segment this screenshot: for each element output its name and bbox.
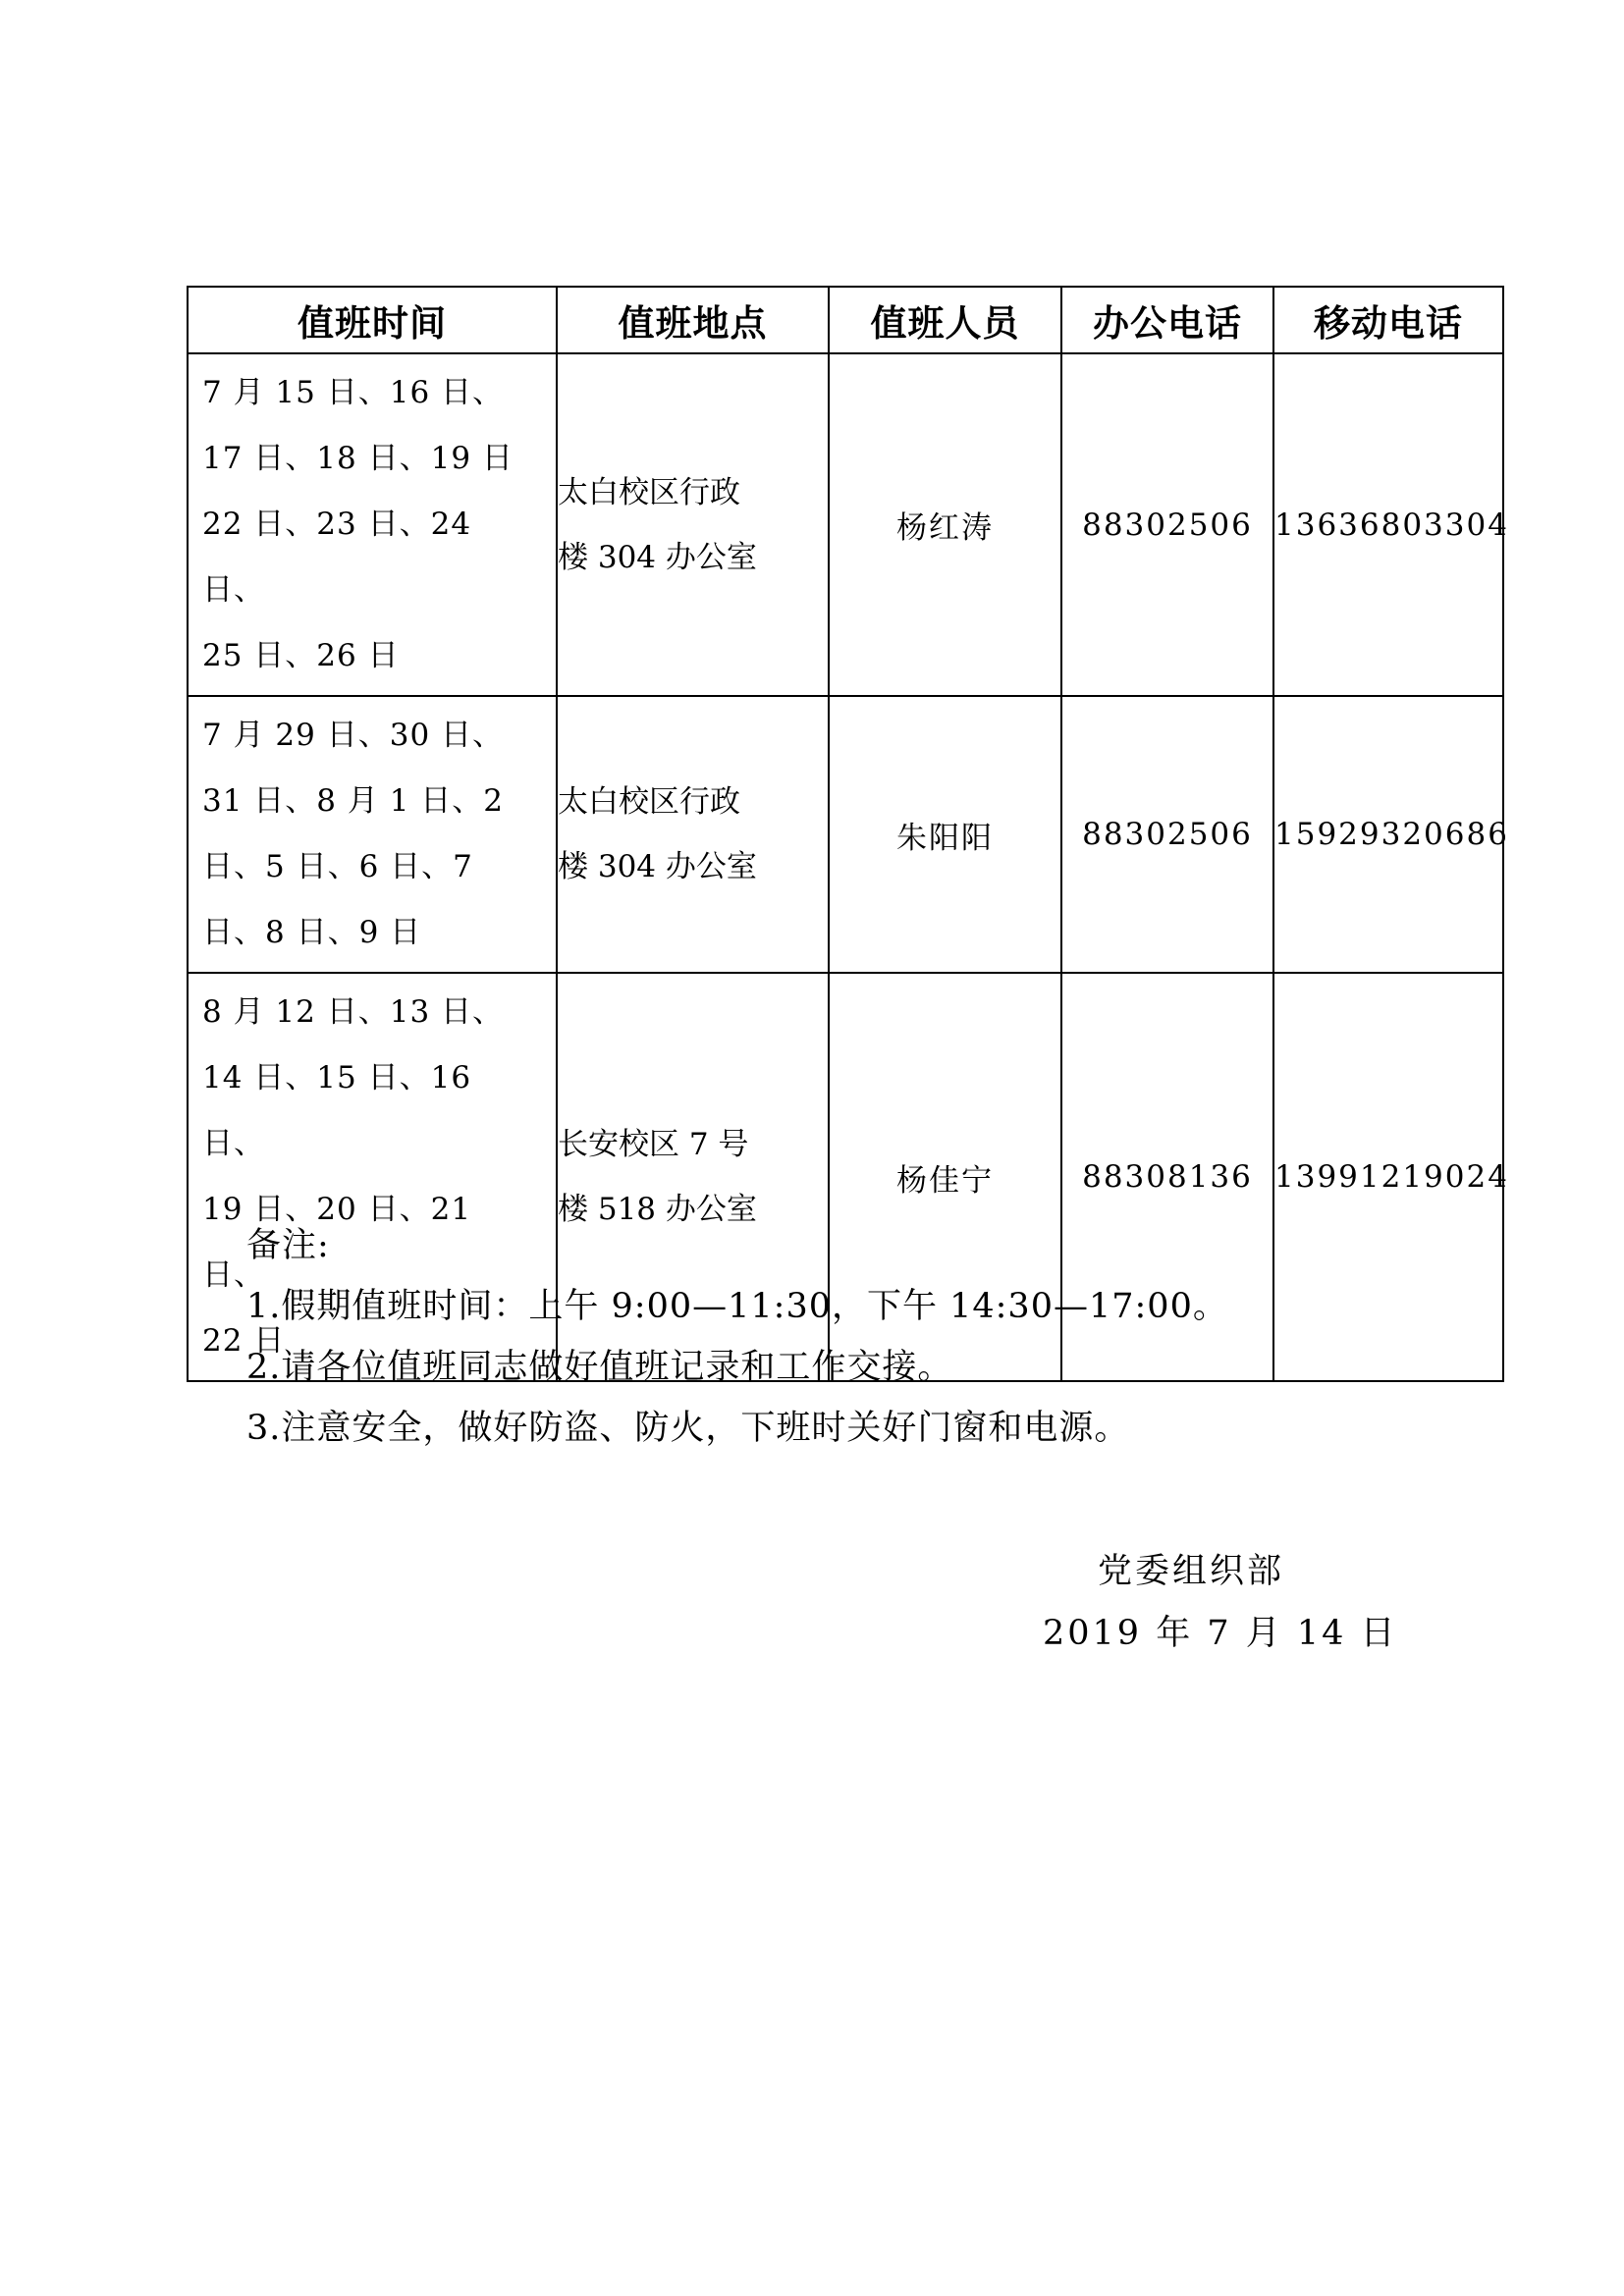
duty-person-cell: 杨红涛: [829, 353, 1061, 696]
dates-line: 25 日、26 日: [202, 623, 544, 689]
header-mobile-phone: 移动电话: [1273, 287, 1503, 353]
notes-title: 备注:: [246, 1215, 1228, 1276]
note-item: 2.请各位值班同志做好值班记录和工作交接。: [246, 1337, 1228, 1398]
table-row: 7 月 15 日、16 日、 17 日、18 日、19 日 22 日、23 日、…: [188, 353, 1503, 696]
dates-line: 14 日、15 日、16 日、: [202, 1045, 544, 1177]
location-line: 太白校区行政: [558, 770, 828, 834]
office-phone-cell: 88302506: [1061, 353, 1273, 696]
header-office-phone: 办公电话: [1061, 287, 1273, 353]
duty-dates-cell: 7 月 29 日、30 日、 31 日、8 月 1 日、2 日、5 日、6 日、…: [188, 696, 557, 973]
signature-organization: 党委组织部: [1098, 1541, 1284, 1602]
header-duty-person: 值班人员: [829, 287, 1061, 353]
header-duty-location: 值班地点: [557, 287, 829, 353]
dates-line: 日、5 日、6 日、7: [202, 834, 544, 900]
dates-line: 17 日、18 日、19 日: [202, 426, 544, 492]
note-item: 1.假期值班时间：上午 9:00—11:30，下午 14:30—17:00。: [246, 1276, 1228, 1337]
dates-line: 7 月 15 日、16 日、: [202, 360, 544, 426]
location-line: 楼 304 办公室: [558, 834, 828, 899]
table-header-row: 值班时间 值班地点 值班人员 办公电话 移动电话: [188, 287, 1503, 353]
duty-location-cell: 太白校区行政 楼 304 办公室: [557, 353, 829, 696]
notes-section: 备注: 1.假期值班时间：上午 9:00—11:30，下午 14:30—17:0…: [246, 1215, 1228, 1459]
office-phone-cell: 88302506: [1061, 696, 1273, 973]
duty-location-cell: 太白校区行政 楼 304 办公室: [557, 696, 829, 973]
header-duty-time: 值班时间: [188, 287, 557, 353]
signature-date: 2019 年 7 月 14 日: [1043, 1603, 1398, 1664]
mobile-phone-cell: 13636803304: [1273, 353, 1503, 696]
duty-person-cell: 朱阳阳: [829, 696, 1061, 973]
location-line: 太白校区行政: [558, 460, 828, 525]
mobile-phone-cell: 13991219024: [1273, 973, 1503, 1381]
mobile-phone-cell: 15929320686: [1273, 696, 1503, 973]
location-line: 楼 304 办公室: [558, 525, 828, 590]
dates-line: 8 月 12 日、13 日、: [202, 980, 544, 1045]
document-page: 值班时间 值班地点 值班人员 办公电话 移动电话 7 月 15 日、16 日、 …: [0, 0, 1624, 2296]
location-line: 长安校区 7 号: [558, 1112, 828, 1177]
dates-line: 7 月 29 日、30 日、: [202, 703, 544, 769]
dates-line: 31 日、8 月 1 日、2: [202, 769, 544, 834]
duty-dates-cell: 7 月 15 日、16 日、 17 日、18 日、19 日 22 日、23 日、…: [188, 353, 557, 696]
dates-line: 日、8 日、9 日: [202, 900, 544, 966]
table-row: 7 月 29 日、30 日、 31 日、8 月 1 日、2 日、5 日、6 日、…: [188, 696, 1503, 973]
dates-line: 22 日、23 日、24 日、: [202, 492, 544, 623]
note-item: 3.注意安全，做好防盗、防火，下班时关好门窗和电源。: [246, 1398, 1228, 1459]
